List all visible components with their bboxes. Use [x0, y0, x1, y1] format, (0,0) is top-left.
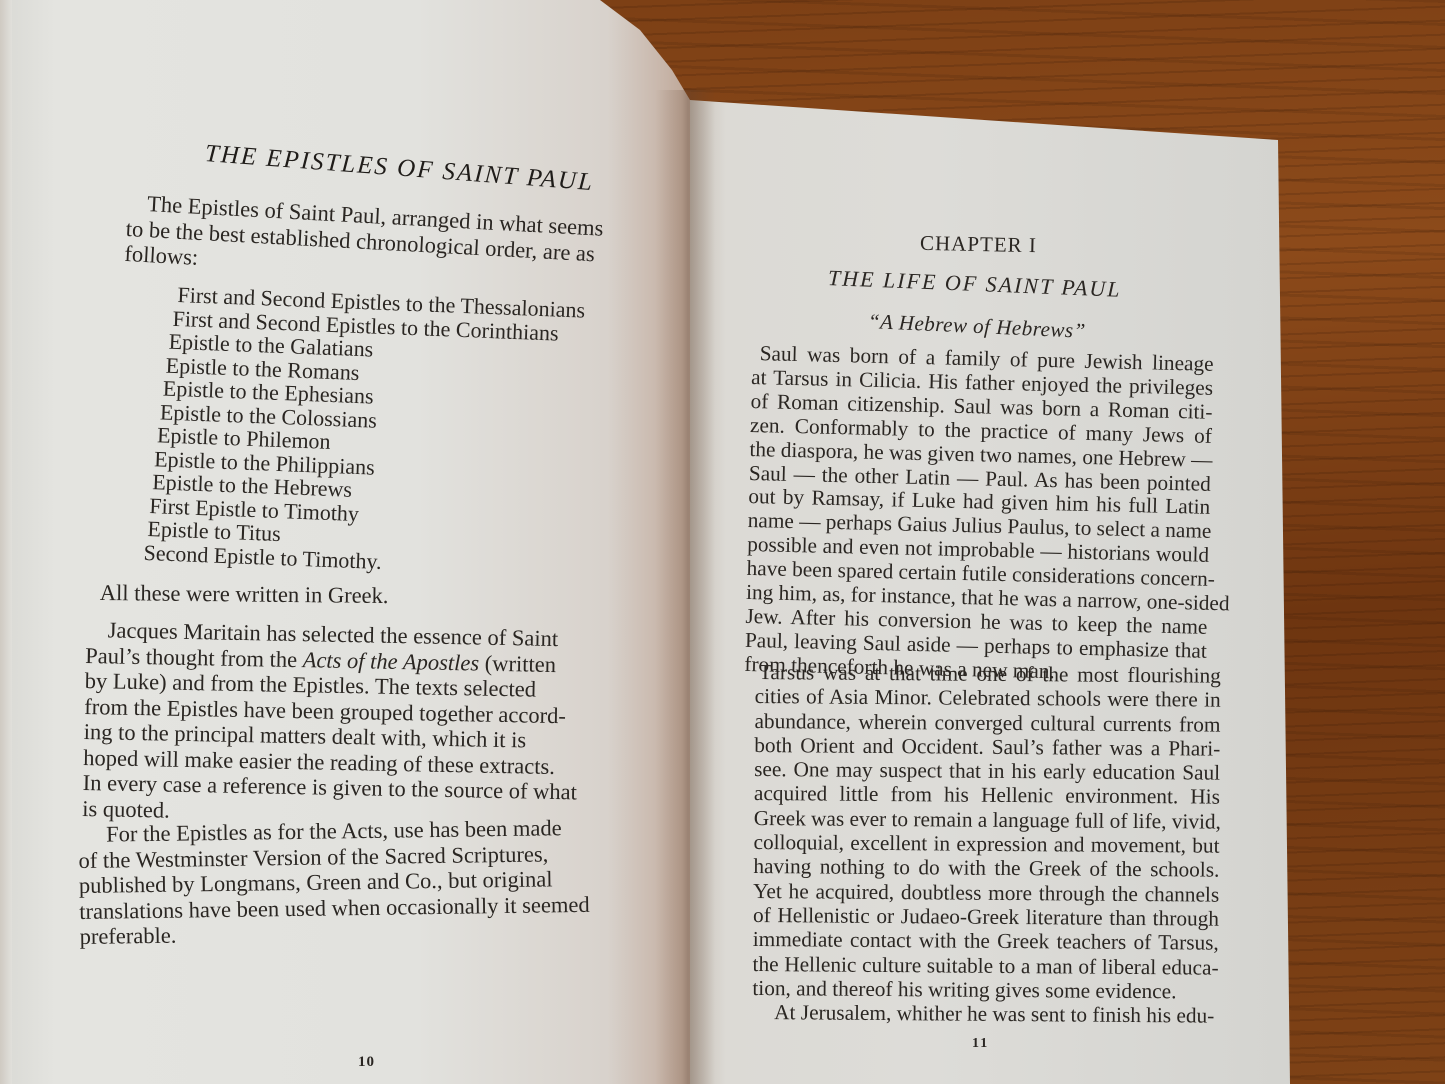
paragraph-line: tion, and thereof his writing gives some…: [752, 976, 1218, 1004]
paragraph-line: abundance, wherein converged cultural cu…: [754, 709, 1220, 737]
paragraph-line: the Hellenic culture suitable to a man o…: [753, 952, 1219, 980]
paragraph-line: cities of Asia Minor. Celebrated schools…: [755, 684, 1221, 712]
chapter-subtitle: “A Hebrew of Hebrews”: [867, 309, 1086, 344]
chapter-title: THE LIFE OF SAINT PAUL: [827, 265, 1122, 303]
paragraph-line: of Hellenistic or Judaeo-Greek literatur…: [753, 903, 1219, 931]
paragraph-line: Yet he acquired, doubtless more through …: [753, 879, 1219, 907]
paragraph-line: having nothing to do with the Greek of t…: [753, 854, 1219, 882]
paragraph-line: Greek was ever to remain a language full…: [754, 806, 1220, 834]
right-page-content: CHAPTER I THE LIFE OF SAINT PAUL “A Hebr…: [0, 0, 1445, 1084]
paragraph-line: At Jerusalem, whither he was sent to fin…: [752, 1000, 1218, 1028]
page-number-right: 11: [972, 1036, 989, 1052]
paragraph-line: colloquial, excellent in expression and …: [753, 830, 1219, 858]
paragraph-line: both Orient and Occident. Saul’s father …: [754, 733, 1220, 761]
paragraph-saul-birth: Saul was born of a family of pure Jewish…: [744, 342, 1214, 687]
paragraph-tarsus: Tarsus was at that time one of the most …: [752, 660, 1221, 1028]
chapter-label: CHAPTER I: [920, 231, 1037, 258]
paragraph-line: immediate contact with the Greek teacher…: [753, 927, 1219, 955]
paragraph-line: Tarsus was at that time one of the most …: [755, 660, 1221, 688]
paragraph-line: acquired little from his Hellenic enviro…: [754, 781, 1220, 809]
paragraph-line: see. One may suspect that in his early e…: [754, 757, 1220, 785]
